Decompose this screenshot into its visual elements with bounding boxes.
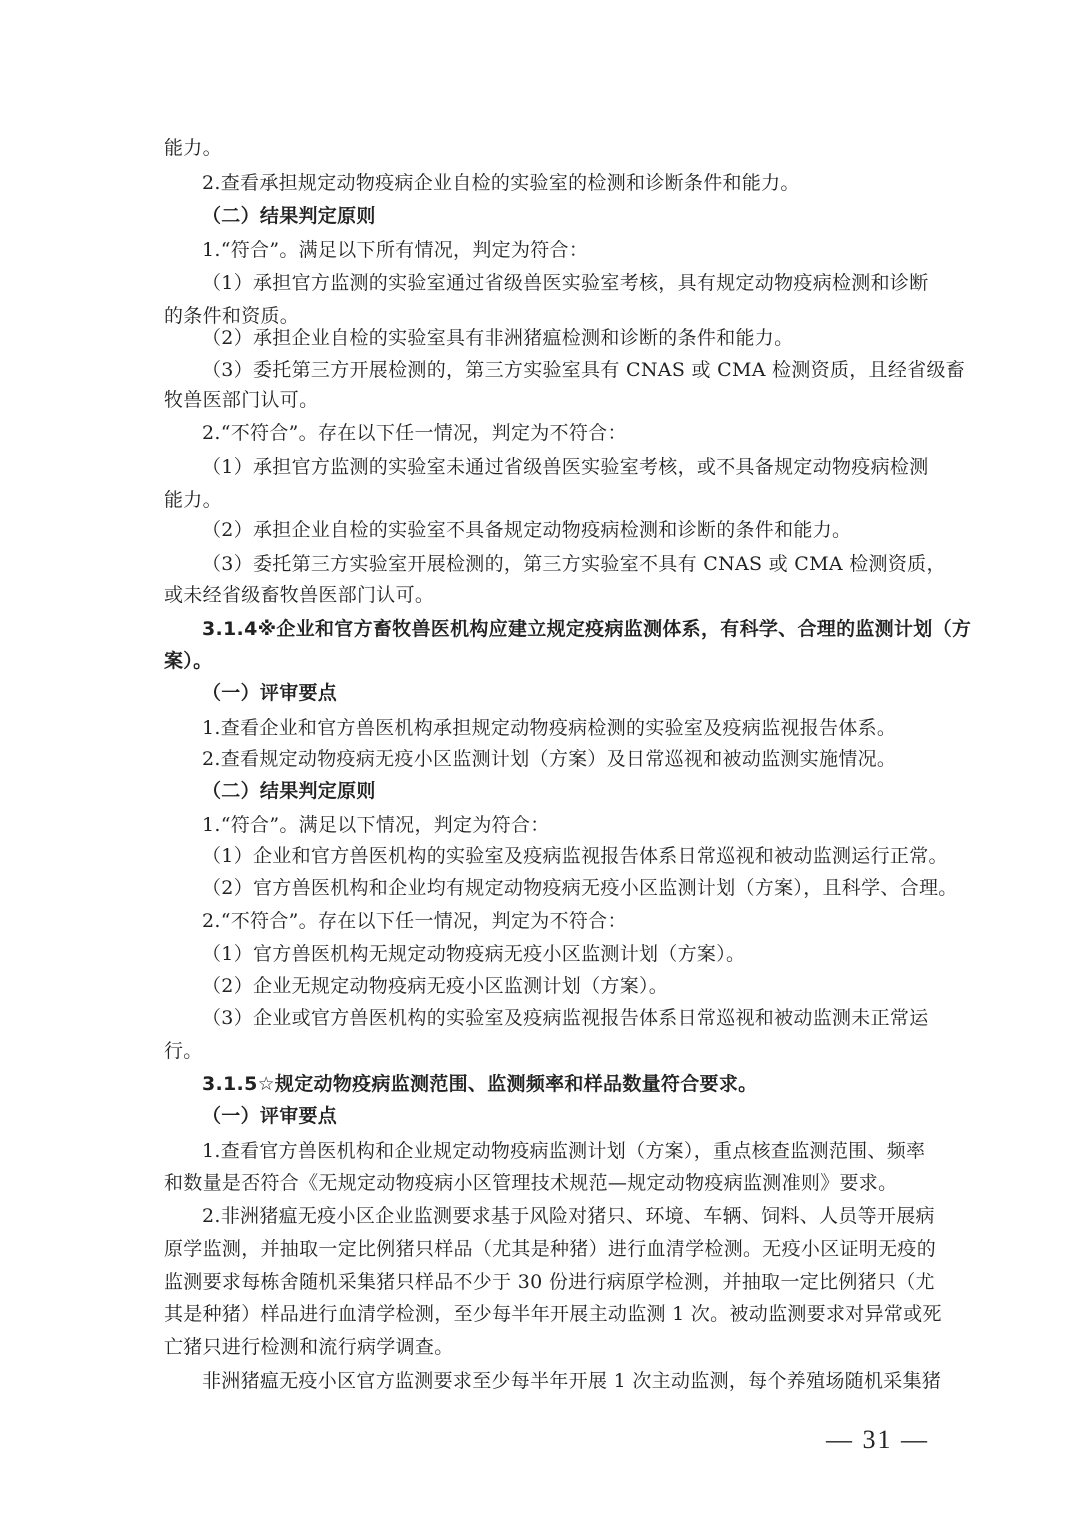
section-heading: 案）。 bbox=[164, 648, 212, 674]
section-heading: （一）评审要点 bbox=[202, 1103, 337, 1129]
body-text-line: （3）委托第三方实验室开展检测的，第三方实验室不具有 CNAS 或 CMA 检测… bbox=[202, 551, 946, 577]
body-text-line: （2）企业无规定动物疫病无疫小区监测计划（方案）。 bbox=[202, 973, 668, 999]
body-text-line: 行。 bbox=[164, 1038, 203, 1064]
body-text-line: 能力。 bbox=[164, 135, 222, 161]
body-text-line: （1）承担官方监测的实验室通过省级兽医实验室考核，具有规定动物疫病检测和诊断 bbox=[202, 270, 929, 296]
body-text-line: 牧兽医部门认可。 bbox=[164, 387, 318, 413]
body-text-line: 或未经省级畜牧兽医部门认可。 bbox=[164, 582, 434, 608]
body-text-line: 非洲猪瘟无疫小区官方监测要求至少每半年开展 1 次主动监测，每个养殖场随机采集猪 bbox=[202, 1368, 941, 1394]
body-text-line: 2.“不符合”。存在以下任一情况，判定为不符合： bbox=[202, 908, 627, 934]
section-heading: 3.1.5☆规定动物疫病监测范围、监测频率和样品数量符合要求。 bbox=[202, 1071, 757, 1097]
body-text-line: （2）承担企业自检的实验室具有非洲猪瘟检测和诊断的条件和能力。 bbox=[202, 325, 793, 351]
section-heading: （一）评审要点 bbox=[202, 680, 337, 706]
body-text-line: 2.查看承担规定动物疫病企业自检的实验室的检测和诊断条件和能力。 bbox=[202, 170, 800, 196]
body-text-line: 亡猪只进行检测和流行病学调查。 bbox=[164, 1334, 454, 1360]
body-text-line: （3）企业或官方兽医机构的实验室及疫病监视报告体系日常巡视和被动监测未正常运 bbox=[202, 1005, 929, 1031]
section-heading: 3.1.4※企业和官方畜牧兽医机构应建立规定疫病监测体系，有科学、合理的监测计划… bbox=[202, 616, 971, 642]
body-text-line: 1.“符合”。满足以下所有情况，判定为符合： bbox=[202, 237, 588, 263]
body-text-line: （2）官方兽医机构和企业均有规定动物疫病无疫小区监测计划（方案），且科学、合理。 bbox=[202, 875, 958, 901]
body-text-line: 能力。 bbox=[164, 487, 222, 513]
body-text-line: 2.“不符合”。存在以下任一情况，判定为不符合： bbox=[202, 420, 627, 446]
section-heading: （二）结果判定原则 bbox=[202, 778, 376, 804]
body-text-line: 2.查看规定动物疫病无疫小区监测计划（方案）及日常巡视和被动监测实施情况。 bbox=[202, 746, 896, 772]
body-text-line: 1.查看官方兽医机构和企业规定动物疫病监测计划（方案），重点核查监测范围、频率 bbox=[202, 1138, 925, 1164]
section-heading: （二）结果判定原则 bbox=[202, 203, 376, 229]
body-text-line: （2）承担企业自检的实验室不具备规定动物疫病检测和诊断的条件和能力。 bbox=[202, 517, 851, 543]
body-text-line: 原学监测，并抽取一定比例猪只样品（尤其是种猪）进行血清学检测。无疫小区证明无疫的 bbox=[164, 1236, 936, 1262]
body-text-line: 1.查看企业和官方兽医机构承担规定动物疫病检测的实验室及疫病监视报告体系。 bbox=[202, 715, 896, 741]
body-text-line: 监测要求每栋舍随机采集猪只样品不少于 30 份进行病原学检测，并抽取一定比例猪只… bbox=[164, 1269, 935, 1295]
body-text-line: （3）委托第三方开展检测的，第三方实验室具有 CNAS 或 CMA 检测资质，且… bbox=[202, 357, 965, 383]
body-text-line: 其是种猪）样品进行血清学检测，至少每半年开展主动监测 1 次。被动监测要求对异常… bbox=[164, 1301, 942, 1327]
body-text-line: （1）官方兽医机构无规定动物疫病无疫小区监测计划（方案）。 bbox=[202, 941, 745, 967]
body-text-line: 1.“符合”。满足以下情况，判定为符合： bbox=[202, 812, 550, 838]
body-text-line: 2.非洲猪瘟无疫小区企业监测要求基于风险对猪只、环境、车辆、饲料、人员等开展病 bbox=[202, 1203, 935, 1229]
body-text-line: （1）企业和官方兽医机构的实验室及疫病监视报告体系日常巡视和被动监测运行正常。 bbox=[202, 843, 948, 869]
body-text-line: （1）承担官方监测的实验室未通过省级兽医实验室考核，或不具备规定动物疫病检测 bbox=[202, 454, 929, 480]
document-page: 能力。2.查看承担规定动物疫病企业自检的实验室的检测和诊断条件和能力。（二）结果… bbox=[0, 0, 1080, 1527]
body-text-line: 和数量是否符合《无规定动物疫病小区管理技术规范—规定动物疫病监测准则》要求。 bbox=[164, 1170, 897, 1196]
page-number: — 31 — bbox=[826, 1425, 929, 1455]
